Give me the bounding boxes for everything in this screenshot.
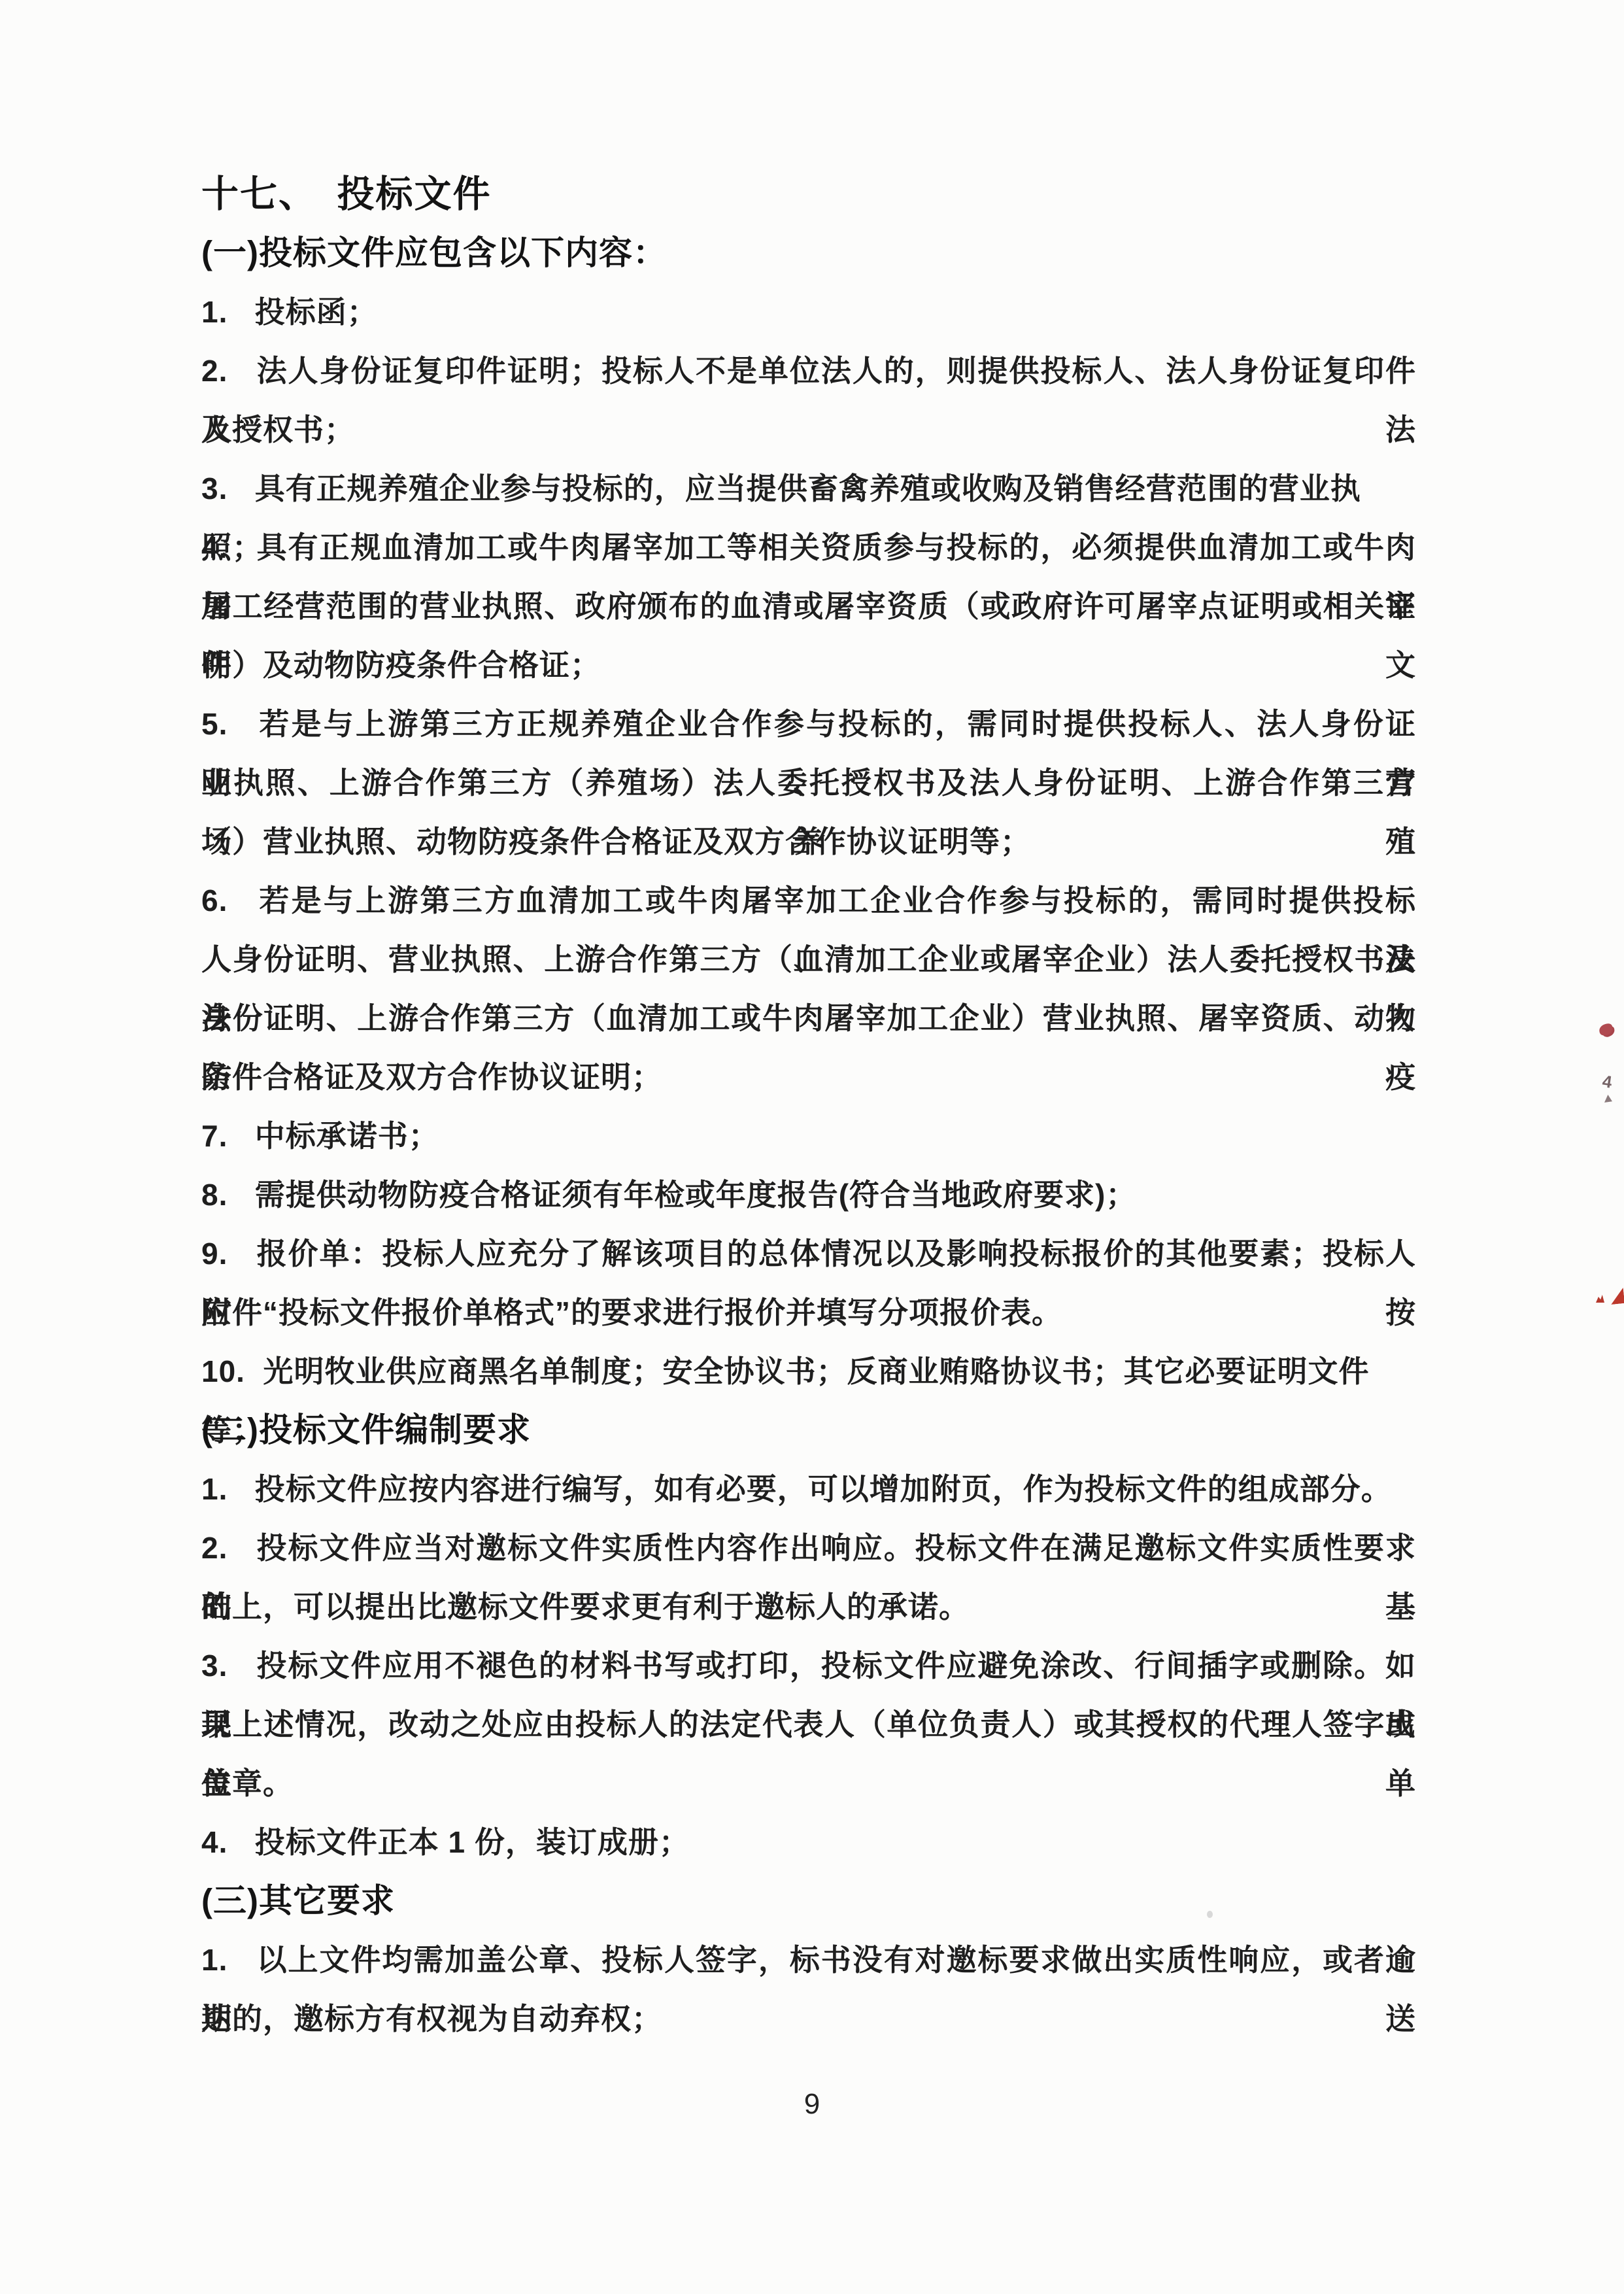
list-item-line: 5. 若是与上游第三方正规养殖企业合作参与投标的，需同时提供投标人、法人身份证明… [201,694,1416,753]
list-item-line: 2. 法人身份证复印件证明；投标人不是单位法人的，则提供投标人、法人身份证复印件… [201,341,1416,400]
red-ink-mark [1610,1288,1624,1305]
list-item-line: 加工经营范围的营业执照、政府颁布的血清或屠宰资质（或政府许可屠宰点证明或相关证明… [201,577,1416,636]
list-item-line: 1. 投标文件应按内容进行编写，如有必要，可以增加附页，作为投标文件的组成部分。 [201,1460,1416,1518]
list-item-line: 1. 投标函； [201,282,1416,341]
list-item-line: 业执照、上游合作第三方（养殖场）法人委托授权书及法人身份证明、上游合作第三方（养… [201,753,1416,812]
section-heading: 十七、 投标文件 [201,165,1416,224]
list-item-line: 人身份证明、营业执照、上游合作第三方（血清加工企业或屠宰企业）法人委托授权书及法… [201,930,1416,989]
pen-mark: 4 [1602,1074,1614,1089]
list-item-line: 9. 报价单：投标人应充分了解该项目的总体情况以及影响投标报价的其他要素；投标人… [201,1224,1416,1283]
list-item-line: 3. 投标文件应用不褪色的材料书写或打印，投标文件应避免涂改、行间插字或删除。如… [201,1636,1416,1695]
list-item-line: 10. 光明牧业供应商黑名单制度；安全协议书；反商业贿赂协议书；其它必要证明文件… [201,1342,1416,1401]
list-item-line: 1. 以上文件均需加盖公章、投标人签字，标书没有对邀标要求做出实质性响应，或者逾… [201,1930,1416,1989]
list-item-line: 3. 具有正规养殖企业参与投标的，应当提供畜禽养殖或收购及销售经营范围的营业执照… [201,459,1416,518]
subsection-heading-1: (一)投标文件应包含以下内容： [201,224,1416,282]
subsection-heading-3: (三)其它要求 [201,1872,1416,1930]
list-item-line: 7. 中标承诺书； [201,1106,1416,1165]
document-page: 十七、 投标文件 (一)投标文件应包含以下内容： 1. 投标函； 2. 法人身份… [0,0,1624,2294]
subsection-heading-2: (二)投标文件编制要求 [201,1401,1416,1460]
list-item-line: 身份证明、上游合作第三方（血清加工或牛肉屠宰加工企业）营业执照、屠宰资质、动物防… [201,989,1416,1048]
list-item-line: 8. 需提供动物防疫合格证须有年检或年度报告(符合当地政府要求)； [201,1165,1416,1224]
list-item-line: 2. 投标文件应当对邀标文件实质性内容作出响应。投标文件在满足邀标文件实质性要求… [201,1518,1416,1577]
list-item-line: 6. 若是与上游第三方血清加工或牛肉屠宰加工企业合作参与投标的，需同时提供投标人… [201,871,1416,930]
list-item-line: 4. 投标文件正本 1 份，装订成册； [201,1813,1416,1872]
red-ink-mark [1598,1023,1614,1037]
red-ink-mark [1596,1295,1604,1303]
scan-smudge [1207,1911,1213,1918]
page-number: 9 [0,2085,1624,2124]
list-item-line: 4. 具有正规血清加工或牛肉屠宰加工等相关资质参与投标的，必须提供血清加工或牛肉… [201,518,1416,577]
document-body: 十七、 投标文件 (一)投标文件应包含以下内容： 1. 投标函； 2. 法人身份… [201,165,1416,2048]
pen-mark-dot [1604,1095,1612,1103]
list-item-line: 现上述情况，改动之处应由投标人的法定代表人（单位负责人）或其授权的代理人签字或盖… [201,1695,1416,1754]
